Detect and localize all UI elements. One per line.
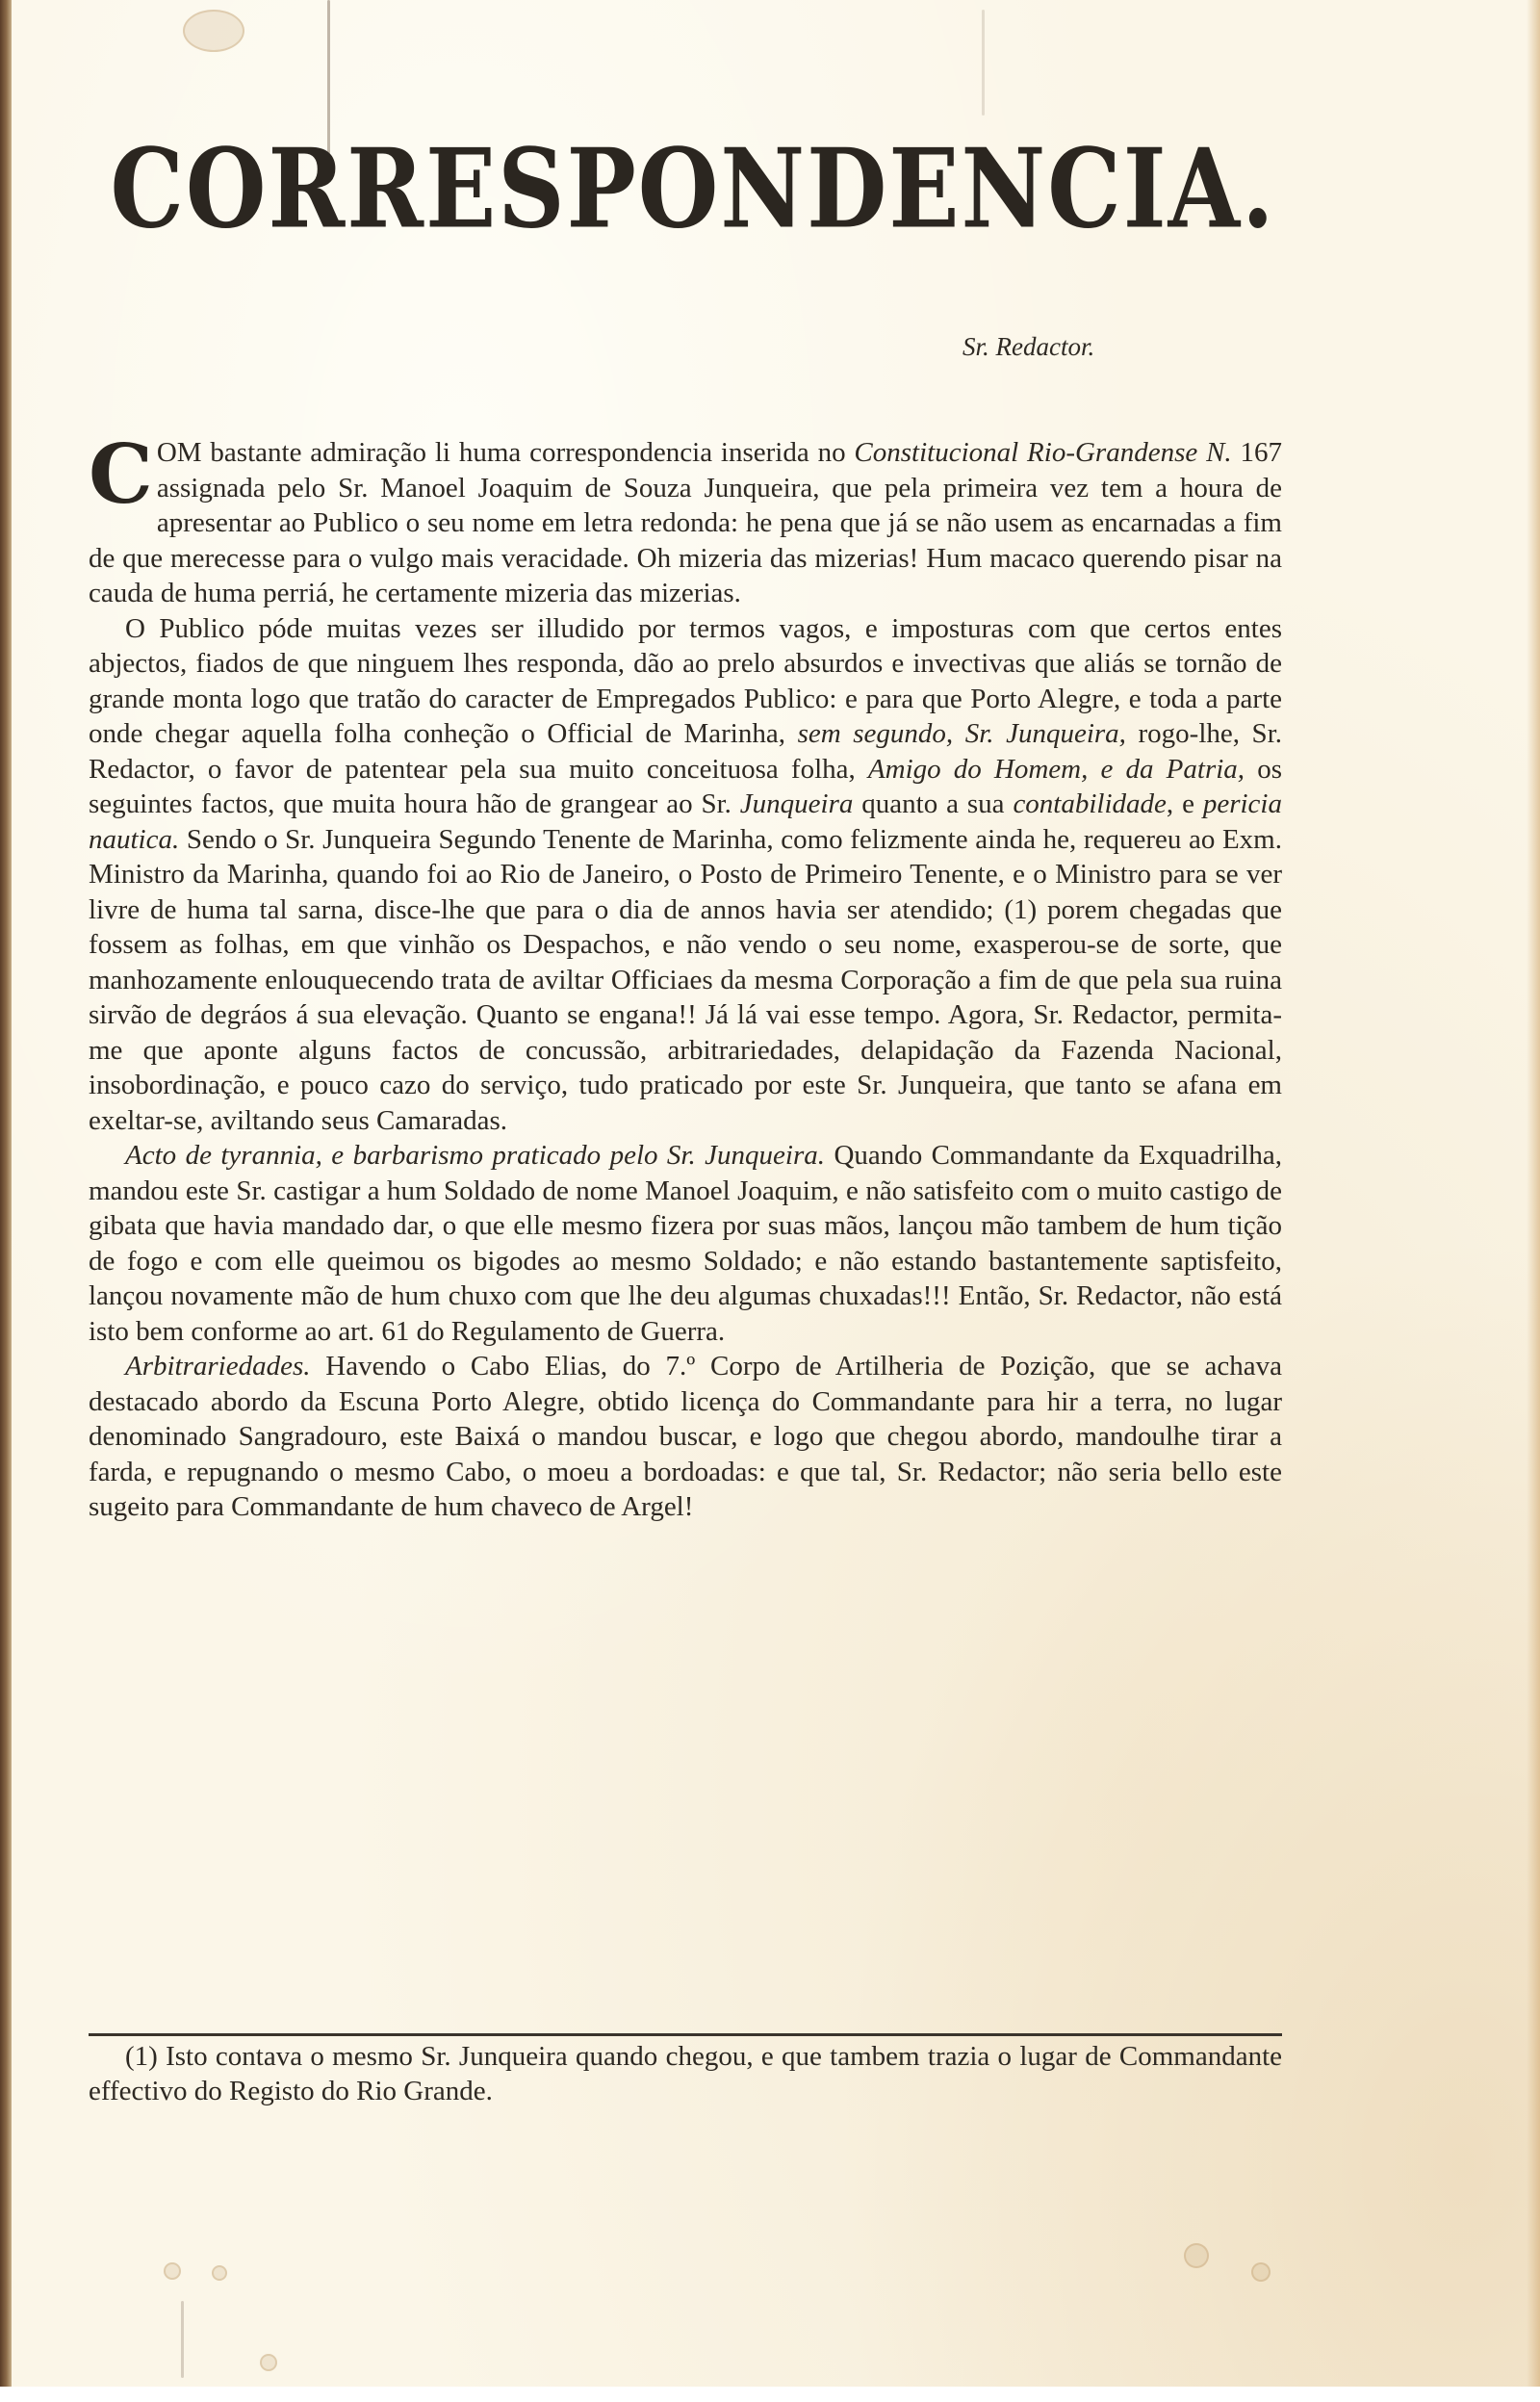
paragraph-2: O Publico póde muitas vezes ser illudido… [89, 611, 1282, 1139]
italic-phrase: sem segundo, Sr. Junqueira, [798, 718, 1126, 749]
newspaper-name: Amigo do Homem, e da Patria, [868, 754, 1245, 785]
paragraph-3: Acto de tyrannia, e barbarismo praticado… [89, 1138, 1282, 1349]
book-spine-edge [0, 0, 12, 2402]
paragraph-text: Quando Commandante da Exquadrilha, mando… [89, 1140, 1282, 1347]
scan-bottom-margin [0, 2387, 1540, 2402]
paper-crack [181, 2301, 184, 2378]
footnote-marker: (1) [125, 2041, 158, 2072]
paragraph-4: Arbitrariedades. Havendo o Cabo Elias, d… [89, 1349, 1282, 1525]
italic-phrase: Junqueira [740, 788, 854, 819]
paragraph-text: Sendo o Sr. Junqueira Segundo Tenente de… [89, 824, 1282, 1136]
page-title: CORRESPONDENCIA. [96, 135, 1290, 244]
paragraph-text: , e [1167, 788, 1203, 819]
paper-right-edge [1527, 0, 1540, 2388]
article-body: COM bastante admiração li huma correspon… [89, 435, 1282, 1525]
drop-cap: C [89, 441, 153, 508]
salutation: Sr. Redactor. [962, 332, 1094, 362]
scanned-page: CORRESPONDENCIA. Sr. Redactor. COM basta… [0, 0, 1540, 2402]
paragraph-1: COM bastante admiração li huma correspon… [89, 435, 1282, 611]
water-stain [164, 2262, 181, 2280]
paper-crack [982, 10, 985, 116]
italic-phrase: contabilidade [1013, 788, 1166, 819]
section-heading-italic: Arbitrariedades. [125, 1351, 311, 1382]
water-stain [1251, 2262, 1270, 2282]
lead-text: OM [157, 437, 202, 468]
paragraph-text: quanto a sua [853, 788, 1013, 819]
newspaper-name: Constitucional Rio-Grandense N. [854, 437, 1231, 468]
footnote: (1) Isto contava o mesmo Sr. Junqueira q… [89, 2039, 1282, 2108]
water-stain [212, 2265, 227, 2281]
paragraph-text: bastante admiração li huma correspondenc… [202, 437, 855, 468]
water-stain [183, 10, 244, 52]
water-stain [260, 2354, 277, 2371]
footnote-divider [89, 2033, 1282, 2036]
footnote-text: Isto contava o mesmo Sr. Junqueira quand… [89, 2041, 1282, 2106]
water-stain [1184, 2243, 1209, 2268]
section-heading-italic: Acto de tyrannia, e barbarismo praticado… [125, 1140, 825, 1171]
